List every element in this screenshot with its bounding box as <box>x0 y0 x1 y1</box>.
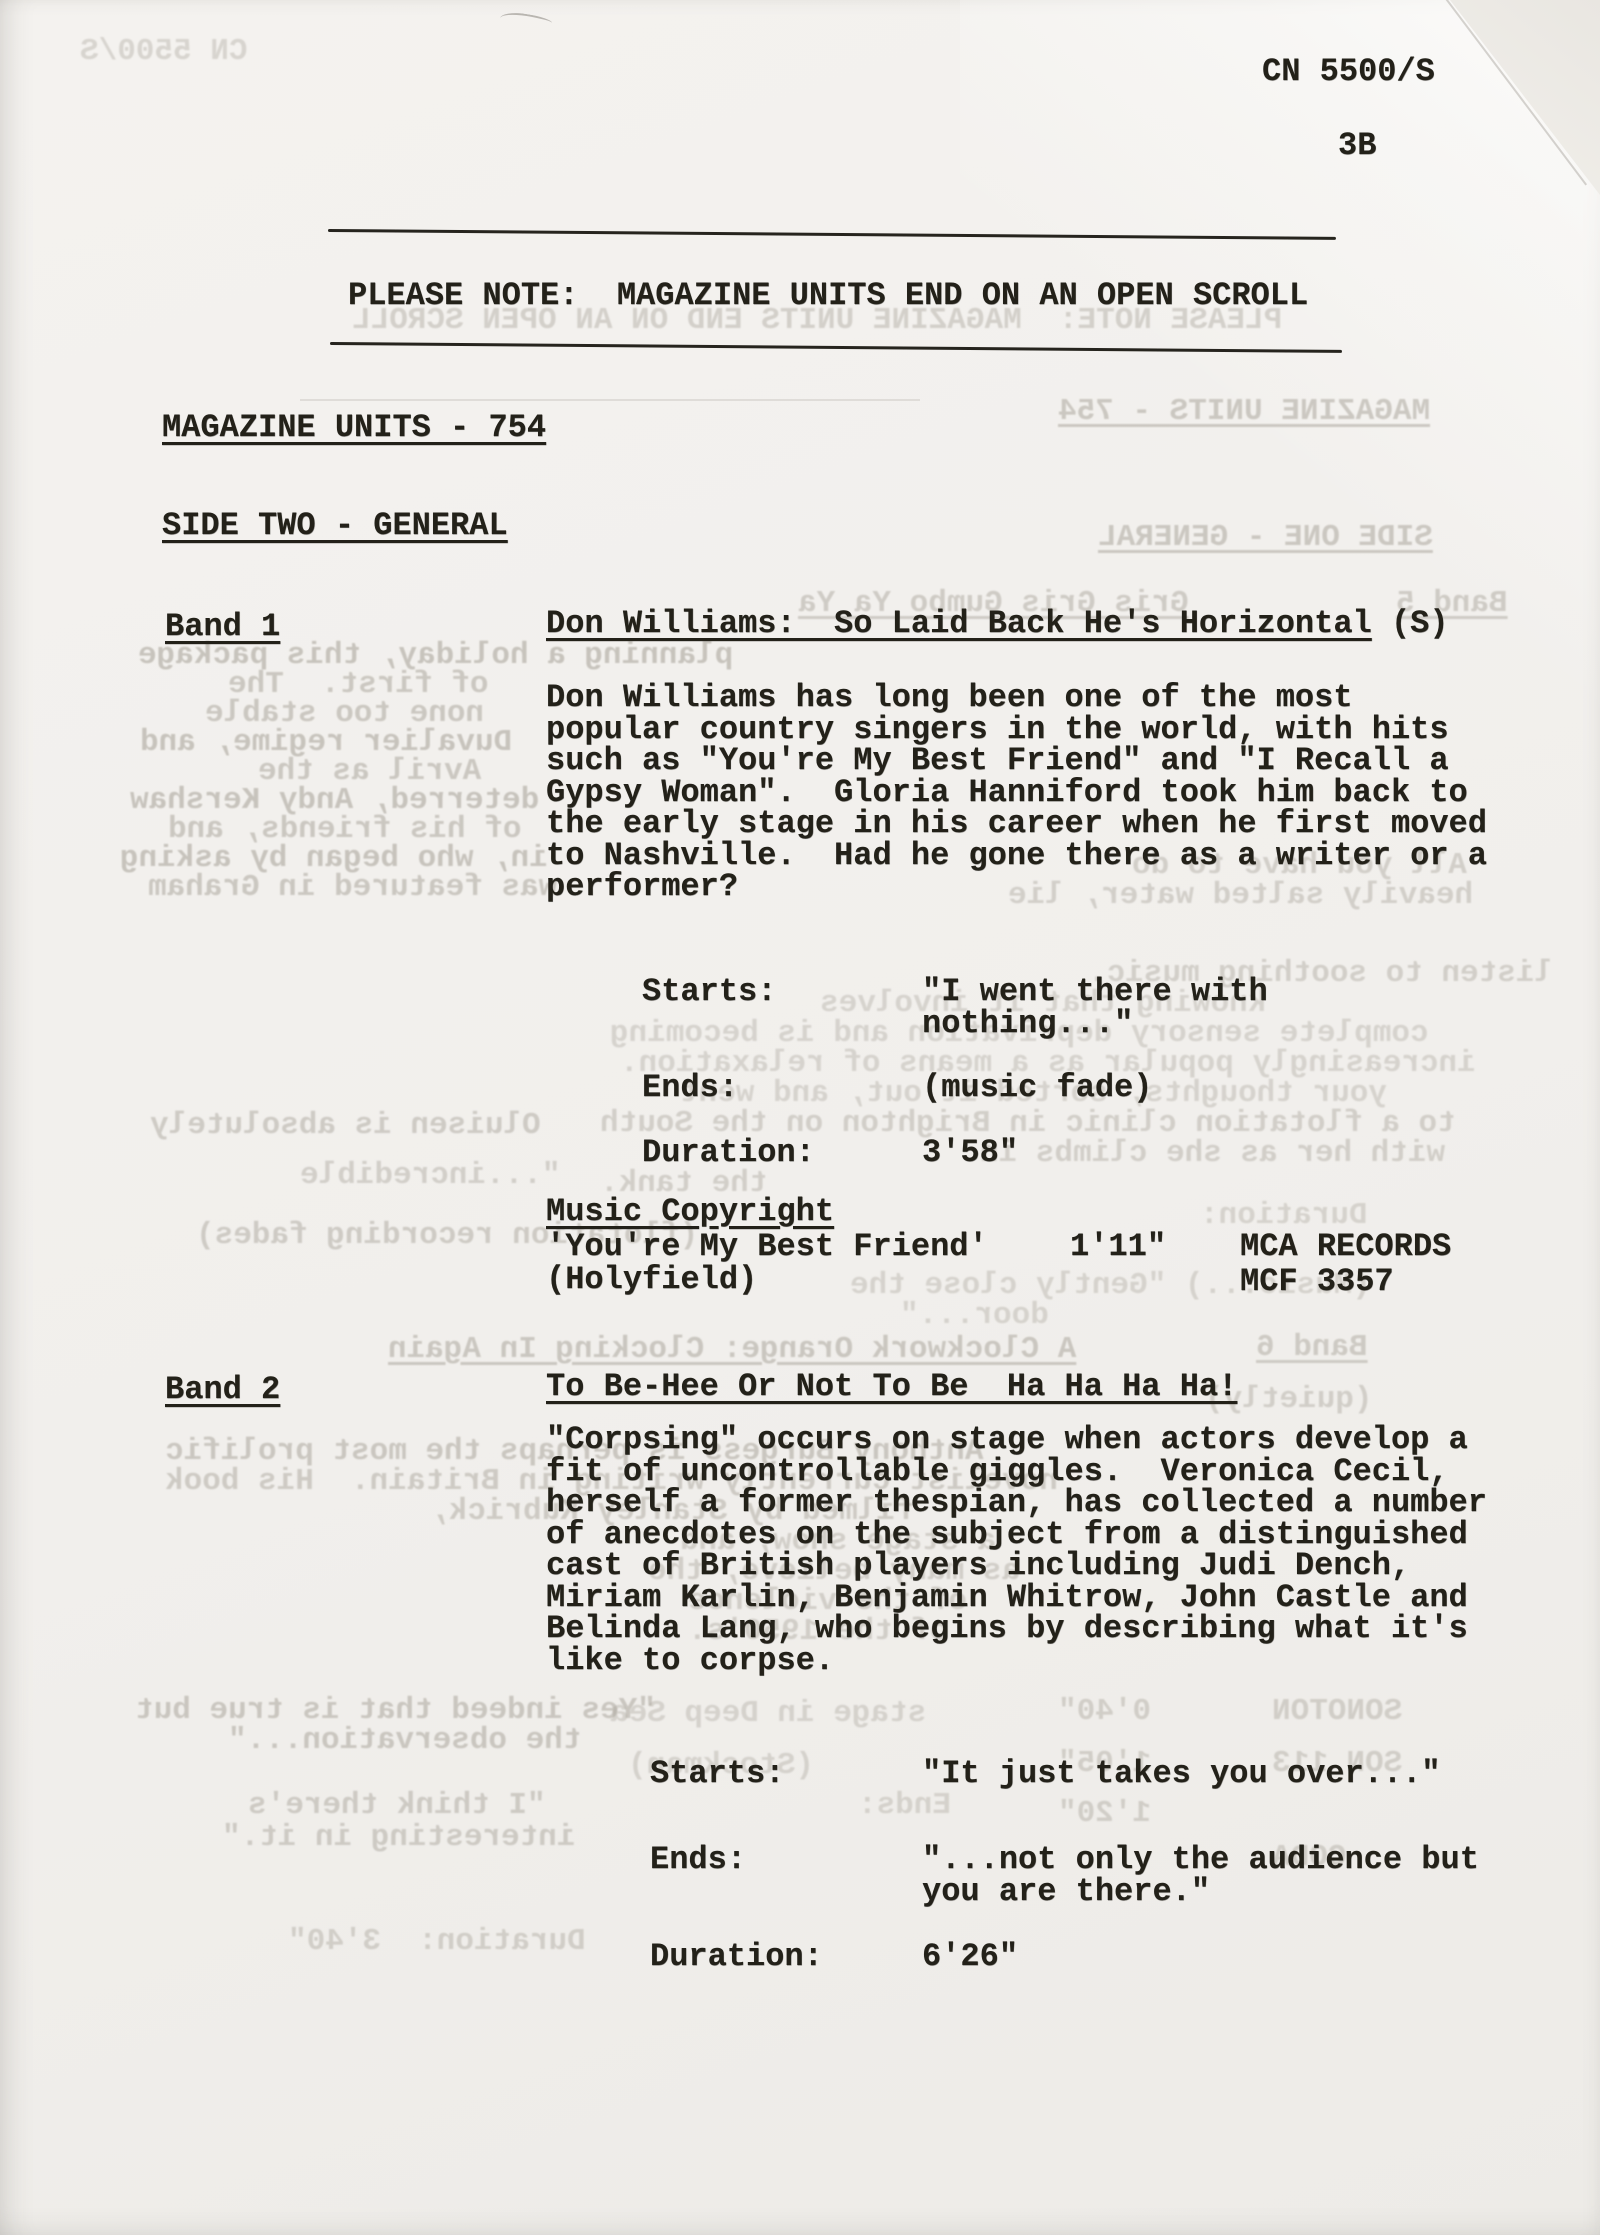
text-line: such as "You're My Best Friend" and "I R… <box>546 745 1487 777</box>
bleedthrough-line: 1'20" <box>1058 1798 1151 1829</box>
page-corner-fold <box>1450 0 1600 195</box>
bleedthrough-rule <box>300 399 920 401</box>
music-copyright-work: 'You're My Best Friend' <box>546 1231 988 1263</box>
bleedthrough-line: Band 6 <box>1256 1332 1368 1363</box>
text-line: you are there." <box>922 1876 1479 1908</box>
band-1-title: Don Williams: So Laid Back He's Horizont… <box>546 608 1449 640</box>
text-line: 3'58" <box>922 1137 1018 1169</box>
notice-rule-top <box>328 229 1336 240</box>
notice-rule-bottom <box>330 342 1342 353</box>
bleedthrough-line: Duration: 3'40" <box>288 1926 586 1957</box>
band-2-label: Band 2 <box>165 1374 280 1406</box>
text-line: of anecdotes on the subject from a disti… <box>546 1519 1487 1551</box>
text-line: nothing..." <box>922 1008 1268 1040</box>
bleedthrough-line: SIDE ONE - GENERAL <box>1098 522 1433 553</box>
bleedthrough-line: with her as she climbs in <box>980 1138 1445 1169</box>
band-2-title-main: To Be-Hee Or Not To Be Ha Ha Ha Ha! <box>546 1368 1237 1405</box>
text-line: "...not only the audience but <box>922 1844 1479 1876</box>
bleedthrough-line: "Yes indeed that is true but <box>135 1695 656 1726</box>
band-2-duration-label: Duration: <box>650 1941 823 1973</box>
pencil-mark <box>499 10 552 30</box>
document-reference-code: CN 5500/S <box>1262 56 1435 88</box>
magazine-units-heading: MAGAZINE UNITS - 754 <box>162 412 546 444</box>
band-2-title: To Be-Hee Or Not To Be Ha Ha Ha Ha! <box>546 1371 1237 1403</box>
band-1-ends-value: (music fade) <box>922 1072 1152 1104</box>
bleedthrough-line: "...incredible <box>300 1160 560 1191</box>
bleedthrough-line: Oluisen is absolutely <box>150 1110 541 1141</box>
text-line: "Corpsing" occurs on stage when actors d… <box>546 1424 1487 1456</box>
text-line: 6'26" <box>922 1941 1018 1973</box>
bleedthrough-line: interesting in it." <box>222 1822 575 1853</box>
band-1-starts-label: Starts: <box>642 976 776 1008</box>
band-1-description: Don Williams has long been one of the mo… <box>546 682 1487 903</box>
band-2-starts-label: Starts: <box>650 1758 784 1790</box>
side-heading: SIDE TWO - GENERAL <box>162 510 508 542</box>
band-2-description: "Corpsing" occurs on stage when actors d… <box>546 1424 1487 1676</box>
text-line: like to corpse. <box>546 1645 1487 1677</box>
bleedthrough-line: Duration: <box>1200 1200 1367 1231</box>
text-line: popular country singers in the world, wi… <box>546 714 1487 746</box>
text-line: Don Williams has long been one of the mo… <box>546 682 1487 714</box>
bleedthrough-line: 0'40" <box>1058 1696 1151 1727</box>
band-1-label: Band 1 <box>165 611 280 643</box>
bleedthrough-line: MAGAZINE UNITS - 754 <box>1058 396 1430 427</box>
music-copyright-record-label: MCA RECORDS <box>1240 1231 1451 1263</box>
band-1-starts-value: "I went there withnothing..." <box>922 976 1268 1039</box>
music-copyright-duration: 1'11" <box>1070 1231 1166 1263</box>
band-1-duration-value: 3'58" <box>922 1137 1018 1169</box>
band-2-starts-value: "It just takes you over..." <box>922 1758 1440 1790</box>
bleedthrough-line: door..." <box>900 1300 1049 1331</box>
bleedthrough-line: stage in Deep Sea <box>610 1698 926 1729</box>
music-copyright-composer: (Holyfield) <box>546 1264 757 1296</box>
band-1-title-suffix: (S) <box>1372 605 1449 642</box>
corner-light-sheen <box>960 0 1600 780</box>
text-line: herself a former thespian, has collected… <box>546 1487 1487 1519</box>
text-line: (music fade) <box>922 1072 1152 1104</box>
text-line: Belinda Lang, who begins by describing w… <box>546 1613 1487 1645</box>
scanned-document-page: CN 5500/SPLEASE NOTE: MAGAZINE UNITS END… <box>0 0 1600 2235</box>
text-line: "It just takes you over..." <box>922 1758 1440 1790</box>
music-copyright-catalogue: MCF 3357 <box>1240 1266 1394 1298</box>
text-line: performer? <box>546 871 1487 903</box>
text-line: cast of British players including Judi D… <box>546 1550 1487 1582</box>
bleedthrough-line: "I think there's <box>248 1790 546 1821</box>
bleedthrough-line: was featured in Graham <box>148 872 557 903</box>
band-2-ends-label: Ends: <box>650 1844 746 1876</box>
text-line: to Nashville. Had he gone there as a wri… <box>546 840 1487 872</box>
bleedthrough-line: A Clockwork Orange: Clocking In Again <box>388 1334 1076 1365</box>
text-line: fit of uncontrollable giggles. Veronica … <box>546 1456 1487 1488</box>
band-2-ends-value: "...not only the audience butyou are the… <box>922 1844 1479 1907</box>
band-1-duration-label: Duration: <box>642 1137 815 1169</box>
band-1-ends-label: Ends: <box>642 1072 738 1104</box>
bleedthrough-line: the observation..." <box>228 1725 581 1756</box>
notice-text: PLEASE NOTE: MAGAZINE UNITS END ON AN OP… <box>348 280 1308 312</box>
page-number: 3B <box>1338 130 1376 162</box>
text-line: the early stage in his career when he fi… <box>546 808 1487 840</box>
text-line: "I went there with <box>922 976 1268 1008</box>
bleedthrough-line: CN 5500/S <box>80 36 247 67</box>
music-copyright-heading: Music Copyright <box>546 1196 834 1228</box>
text-line: Miriam Karlin, Benjamin Whitrow, John Ca… <box>546 1582 1487 1614</box>
bleedthrough-line: SONOTON <box>1272 1696 1402 1727</box>
band-1-title-main: Don Williams: So Laid Back He's Horizont… <box>546 605 1372 642</box>
text-line: Gypsy Woman". Gloria Hanniford took him … <box>546 777 1487 809</box>
bleedthrough-line: Ends: <box>858 1790 951 1821</box>
band-2-duration-value: 6'26" <box>922 1941 1018 1973</box>
